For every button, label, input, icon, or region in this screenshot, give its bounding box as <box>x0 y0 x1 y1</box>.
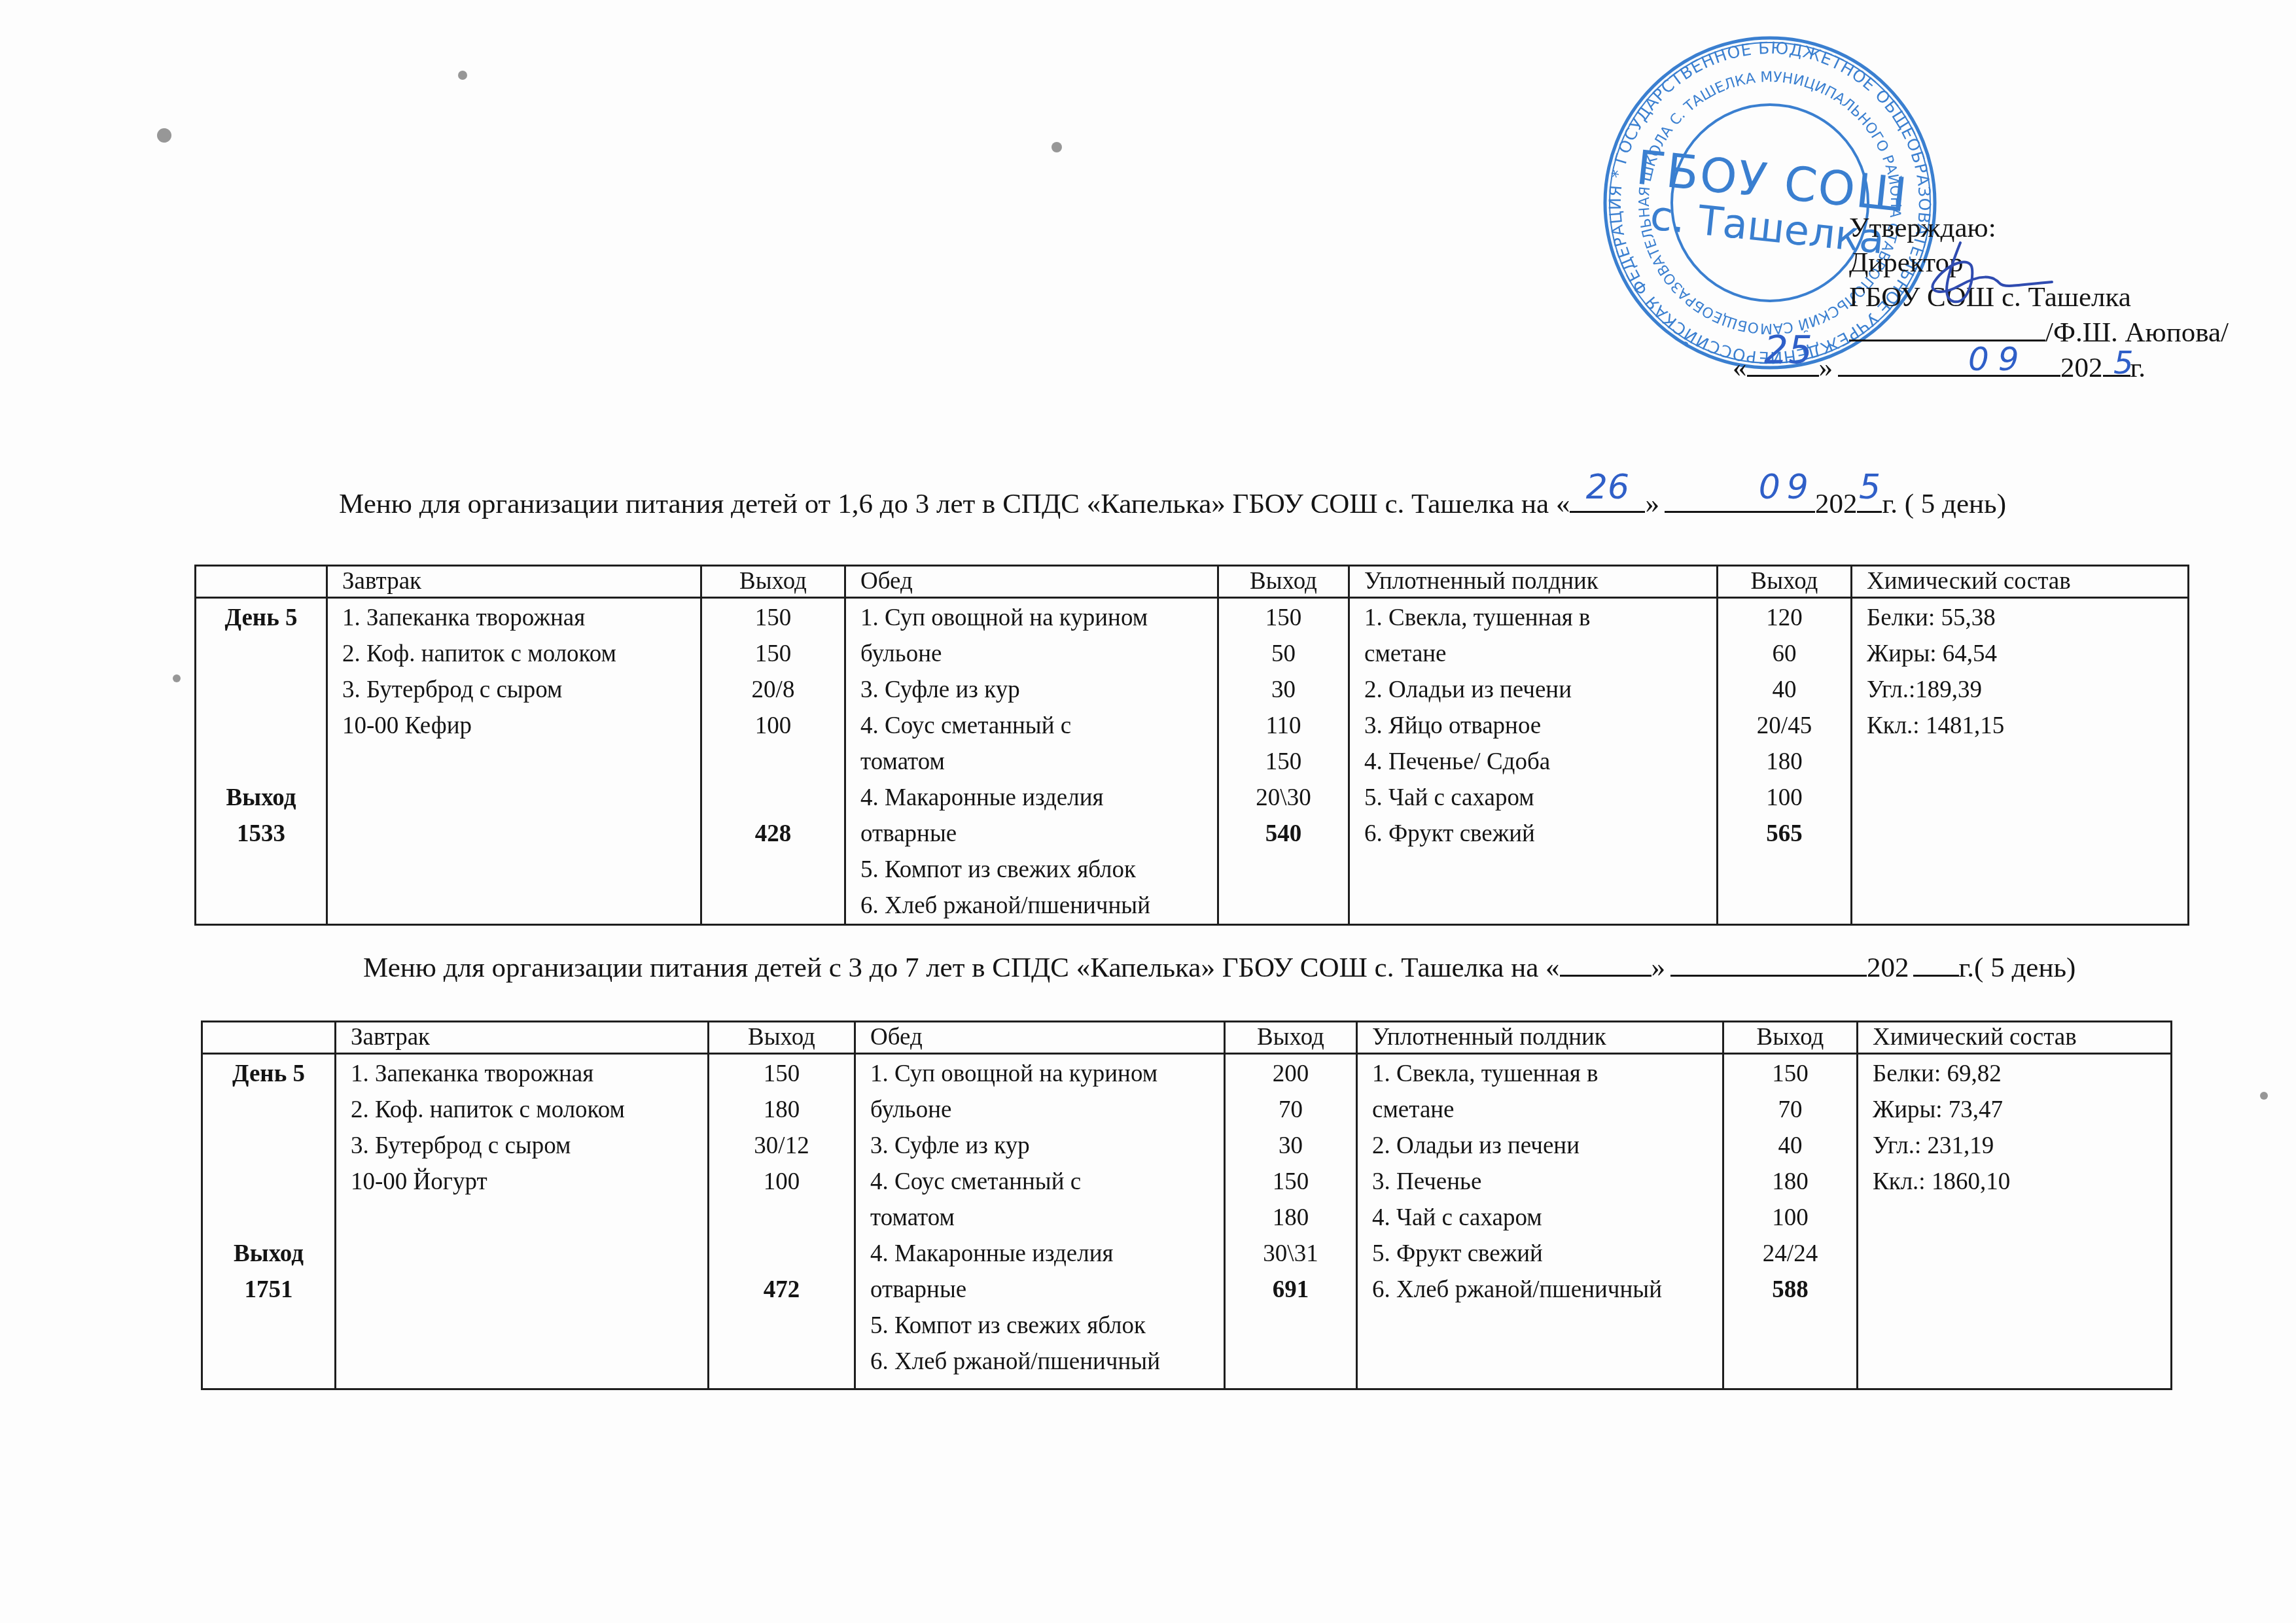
scan-speck <box>1051 142 1062 152</box>
header-breakfast: Завтрак <box>336 1022 709 1054</box>
menu-title-toddlers: Меню для организации питания детей от 1,… <box>339 487 2006 520</box>
approval-date-line: «»202г. 25 09 5 <box>1733 350 2229 385</box>
director-name: /Ф.Ш. Аюпова/ <box>2045 317 2229 348</box>
carbs: Угл.:189,39 <box>1867 672 2187 708</box>
handwritten-month: 09 <box>1968 342 2028 377</box>
fat: Жиры: 64,54 <box>1867 636 2187 672</box>
header-lunch: Обед <box>845 566 1218 598</box>
day-label: День 5 <box>203 1056 334 1092</box>
header-lunch-yield: Выход <box>1225 1022 1357 1054</box>
header-snack-yield: Выход <box>1718 566 1852 598</box>
scan-speck <box>458 71 467 80</box>
header-breakfast-yield: Выход <box>701 566 845 598</box>
signature-blank <box>1849 315 2045 341</box>
day-cell: День 5 Выход 1751 <box>202 1054 336 1389</box>
chemical-composition: Белки: 69,82 Жиры: 73,47 Угл.: 231,19 Кк… <box>1858 1054 2172 1389</box>
lunch-items: 1. Суп овощной на курином бульоне 3. Суф… <box>855 1054 1225 1389</box>
header-breakfast: Завтрак <box>327 566 701 598</box>
lunch-yields: 150 50 30 110 150 20\30 540 <box>1218 598 1349 925</box>
snack-items: 1. Свекла, тушенная в сметане 2. Оладьи … <box>1357 1054 1723 1389</box>
snack-yields: 120 60 40 20/45 180 100 565 <box>1718 598 1852 925</box>
header-lunch: Обед <box>855 1022 1225 1054</box>
header-breakfast-yield: Выход <box>709 1022 855 1054</box>
protein: Белки: 55,38 <box>1867 600 2187 636</box>
handwritten-year-digit: 5 <box>1857 468 1882 507</box>
header-snack-yield: Выход <box>1723 1022 1858 1054</box>
breakfast-yields: 150 150 20/8 100 428 <box>701 598 845 925</box>
lunch-items: 1. Суп овощной на курином бульоне 3. Суф… <box>845 598 1218 925</box>
breakfast-yields: 150 180 30/12 100 472 <box>709 1054 855 1389</box>
snack-total: 565 <box>1718 816 1850 852</box>
scan-speck <box>173 674 181 682</box>
day-label: День 5 <box>196 600 326 636</box>
approval-block: Утверждаю: Директор ГБОУ СОШ с. Ташелка … <box>1849 211 2229 385</box>
fat: Жиры: 73,47 <box>1873 1092 2170 1128</box>
breakfast-total: 472 <box>709 1272 854 1308</box>
snack-total: 588 <box>1724 1272 1856 1308</box>
lunch-total: 540 <box>1219 816 1348 852</box>
header-chemical: Химический состав <box>1852 566 2189 598</box>
snack-items: 1. Свекла, тушенная в сметане 2. Оладьи … <box>1349 598 1718 925</box>
handwritten-month: 09 <box>1665 468 1815 507</box>
header-chemical: Химический состав <box>1858 1022 2172 1054</box>
breakfast-total: 428 <box>702 816 844 852</box>
kcal: Ккл.: 1481,15 <box>1867 708 2187 744</box>
menu-table-toddlers: Завтрак Выход Обед Выход Уплотненный пол… <box>194 565 2189 926</box>
kcal: Ккл.: 1860,10 <box>1873 1164 2170 1200</box>
day-cell: День 5 Выход 1533 <box>196 598 327 925</box>
snack-yields: 150 70 40 180 100 24/24 588 <box>1723 1054 1858 1389</box>
menu-title-preschool: Меню для организации питания детей с 3 д… <box>363 951 2075 984</box>
table-row: День 5 Выход 1533 1. Запеканка творожная… <box>196 598 2189 925</box>
table-header-row: Завтрак Выход Обед Выход Уплотненный пол… <box>202 1022 2172 1054</box>
protein: Белки: 69,82 <box>1873 1056 2170 1092</box>
header-empty <box>202 1022 336 1054</box>
handwritten-day: 25 <box>1764 333 1812 368</box>
breakfast-items: 1. Запеканка творожная 2. Коф. напиток с… <box>336 1054 709 1389</box>
lunch-yields: 200 70 30 150 180 30\31 691 <box>1225 1054 1357 1389</box>
signature-icon <box>1921 236 2072 308</box>
handwritten-day: 26 <box>1570 468 1645 507</box>
scan-speck <box>157 128 171 143</box>
menu-table-preschool: Завтрак Выход Обед Выход Уплотненный пол… <box>201 1021 2172 1390</box>
header-empty <box>196 566 327 598</box>
day-total: Выход 1751 <box>203 1236 334 1308</box>
breakfast-items: 1. Запеканка творожная 2. Коф. напиток с… <box>327 598 701 925</box>
scan-speck <box>2260 1092 2268 1100</box>
table-header-row: Завтрак Выход Обед Выход Уплотненный пол… <box>196 566 2189 598</box>
header-snack: Уплотненный полдник <box>1349 566 1718 598</box>
header-snack: Уплотненный полдник <box>1357 1022 1723 1054</box>
chemical-composition: Белки: 55,38 Жиры: 64,54 Угл.:189,39 Ккл… <box>1852 598 2189 925</box>
approval-signature-line: /Ф.Ш. Аюпова/ <box>1849 315 2229 350</box>
handwritten-year-digit: 5 <box>2113 346 2134 381</box>
carbs: Угл.: 231,19 <box>1873 1128 2170 1164</box>
table-row: День 5 Выход 1751 1. Запеканка творожная… <box>202 1054 2172 1389</box>
header-lunch-yield: Выход <box>1218 566 1349 598</box>
lunch-total: 691 <box>1226 1272 1356 1308</box>
day-total: Выход 1533 <box>196 780 326 852</box>
